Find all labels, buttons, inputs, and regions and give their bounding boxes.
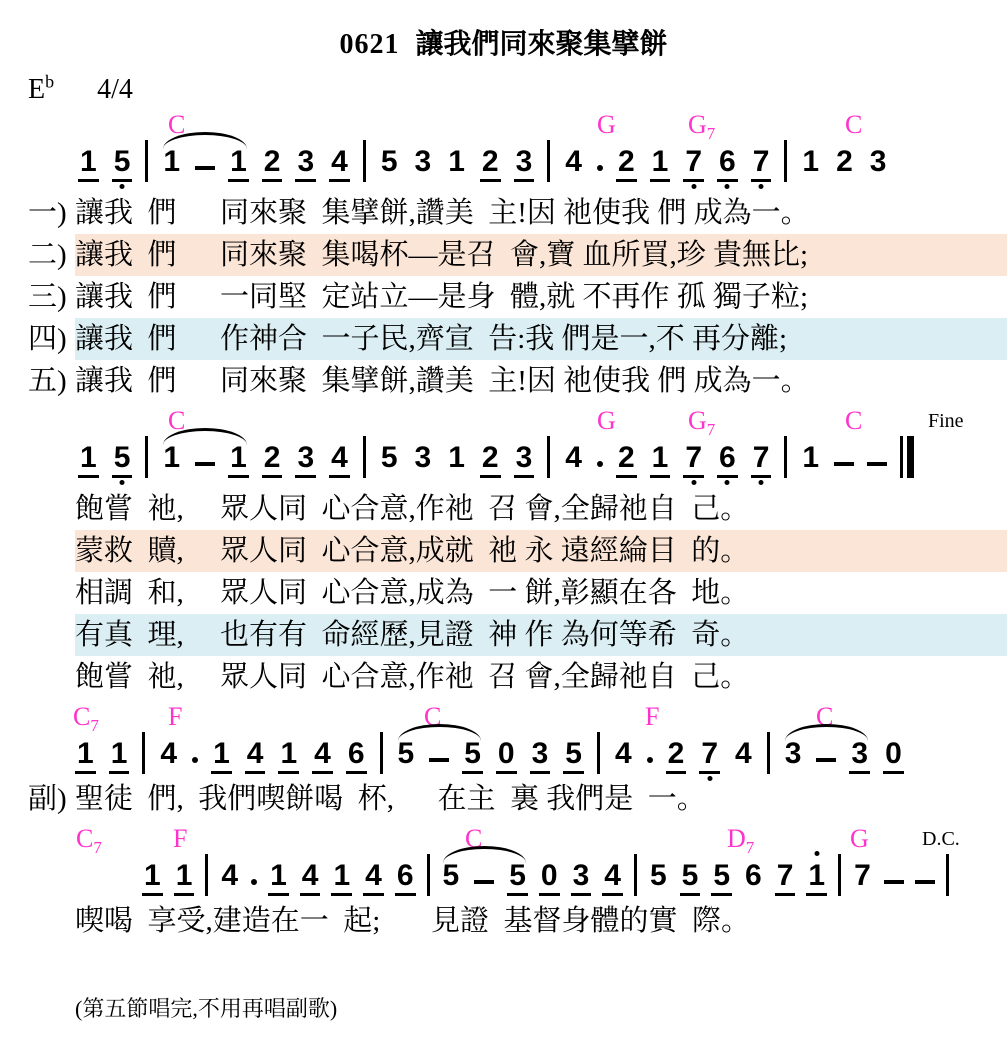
octave-dot — [120, 480, 125, 485]
music-line-1: 151123453123421767123 — [0, 140, 1007, 186]
note: 1 — [650, 147, 671, 182]
tie-group: 55 — [441, 861, 528, 896]
note: 5 — [441, 861, 462, 896]
verse-label: 一) — [28, 192, 75, 234]
barline — [784, 436, 787, 478]
note: 6 — [743, 861, 764, 896]
note: 2 — [666, 739, 687, 774]
chord-label: C — [845, 406, 862, 436]
music-line-3: 11414146550354274330 — [0, 732, 1007, 778]
note: 1 — [800, 443, 821, 478]
chord-row-2: CGG7CFine — [0, 402, 1007, 436]
performance-note: (第五節唱完,不用再唱副歌) — [75, 992, 1007, 1023]
note: 2 — [616, 443, 637, 478]
note: 1 — [75, 739, 96, 774]
key-accidental: b — [45, 72, 54, 92]
barline — [547, 436, 550, 478]
note: 1 — [161, 147, 182, 182]
lyric-text: 蒙救 贖, 眾人同 心合意,成就 祂 永 遠經綸目 的。 — [75, 530, 1007, 572]
rhythm-dot — [597, 165, 603, 171]
note: 0 — [883, 739, 904, 774]
tie-group: 11 — [161, 147, 248, 182]
lyric-label — [28, 656, 75, 698]
barline — [784, 140, 787, 182]
lyric-text: 飽嘗 祂, 眾人同 心合意,作祂 召 會,全歸祂自 己。 — [75, 488, 1007, 530]
lyric-text: 飽嘗 祂, 眾人同 心合意,作祂 召 會,全歸祂自 己。 — [75, 656, 1007, 698]
note: 3 — [571, 861, 592, 896]
note: 3 — [413, 147, 434, 182]
chord-label: C7 — [76, 824, 102, 854]
second-half-line-2: 蒙救 贖, 眾人同 心合意,成就 祂 永 遠經綸目 的。 — [0, 530, 1007, 572]
hymn-sheet-page: 0621讓我們同來聚集擘餅 Eb 4/4 CGG7C 1511234531234… — [0, 0, 1007, 1053]
barline — [597, 732, 600, 774]
octave-dot — [759, 480, 764, 485]
key-letter: E — [28, 74, 45, 105]
verse-line-4: 四) 讓我 們 作神合 一子民,齊宣 告:我 們是一,不 再分離; — [0, 318, 1007, 360]
barline — [547, 140, 550, 182]
chord-label: F — [173, 824, 187, 854]
verse-text: 讓我 們 同來聚 集擘餅,讚美 主!因 祂使我 們 成為一。 — [75, 192, 1007, 234]
final-barline — [900, 436, 914, 478]
note: 7 — [751, 443, 772, 478]
note: 1 — [109, 739, 130, 774]
note: 1 — [806, 861, 827, 896]
tie-group: 55 — [396, 739, 483, 774]
note: 5 — [711, 861, 732, 896]
lyric-label — [28, 488, 75, 530]
note: 2 — [834, 147, 855, 182]
octave-dot — [691, 184, 696, 189]
lyric-text: 有真 理, 也有有 命經歷,見證 神 作 為何等希 奇。 — [75, 614, 1007, 656]
second-half-line-4: 有真 理, 也有有 命經歷,見證 神 作 為何等希 奇。 — [0, 614, 1007, 656]
music-line-2: 1511234531234217671 — [0, 436, 1007, 482]
barline — [427, 854, 430, 896]
note: 1 — [161, 443, 182, 478]
note: 4 — [300, 861, 321, 896]
barline — [145, 140, 148, 182]
chord-label: F — [645, 702, 659, 732]
note: 3 — [295, 443, 316, 478]
verse-label: 三) — [28, 276, 75, 318]
note: 1 — [268, 861, 289, 896]
note: 5 — [112, 443, 133, 478]
chord-label: G7 — [688, 406, 715, 436]
note: 7 — [699, 739, 720, 774]
note: 1 — [228, 147, 249, 182]
note: 5 — [379, 443, 400, 478]
dash-note — [474, 880, 494, 884]
chord-row-1: CGG7C — [0, 106, 1007, 140]
note: 4 — [329, 147, 350, 182]
note: 0 — [496, 739, 517, 774]
chord-row-3: C7FCFC — [0, 698, 1007, 732]
note: 5 — [648, 861, 669, 896]
note: 4 — [245, 739, 266, 774]
note: 6 — [717, 443, 738, 478]
note: 3 — [849, 739, 870, 774]
direction-marking: D.C. — [922, 828, 960, 851]
direction-marking: Fine — [928, 410, 964, 433]
octave-dot — [691, 480, 696, 485]
barline — [634, 854, 637, 896]
verse-line-2: 二) 讓我 們 同來聚 集喝杯—是召 會,寶 血所買,珍 貴無比; — [0, 234, 1007, 276]
note: 4 — [158, 739, 179, 774]
octave-dot — [120, 184, 125, 189]
rhythm-dot — [192, 757, 198, 763]
note: 3 — [868, 147, 889, 182]
note: 1 — [446, 147, 467, 182]
verse-block: 一) 讓我 們 同來聚 集擘餅,讚美 主!因 祂使我 們 成為一。 二) 讓我 … — [0, 192, 1007, 402]
hymn-number: 0621 — [339, 29, 399, 60]
octave-dot — [759, 184, 764, 189]
note: 2 — [480, 147, 501, 182]
key-signature: Eb — [28, 74, 54, 105]
note: 1 — [142, 861, 163, 896]
verse-text: 讓我 們 同來聚 集喝杯—是召 會,寶 血所買,珍 貴無比; — [75, 234, 1007, 276]
second-half-line-5: 飽嘗 祂, 眾人同 心合意,作祂 召 會,全歸祂自 己。 — [0, 656, 1007, 698]
dash-note — [867, 462, 887, 466]
note: 5 — [680, 861, 701, 896]
dash-note — [915, 880, 935, 884]
note: 1 — [211, 739, 232, 774]
music-line-4: 11414146550345556717 — [0, 854, 1007, 900]
note: 7 — [852, 861, 873, 896]
note: 7 — [683, 443, 704, 478]
barline — [142, 732, 145, 774]
note: 2 — [262, 443, 283, 478]
dash-note — [195, 166, 215, 170]
chord-label: C — [845, 110, 862, 140]
note: 3 — [530, 739, 551, 774]
note: 1 — [78, 147, 99, 182]
verse-text: 讓我 們 一同堅 定站立—是身 體,就 不再作 孤 獨子粒; — [75, 276, 1007, 318]
verse-label: 二) — [28, 234, 75, 276]
note: 4 — [219, 861, 240, 896]
refrain-line-2: 喫喝 享受,建造在一 起; 見證 基督身體的實 際。 — [0, 900, 1007, 942]
note: 7 — [775, 861, 796, 896]
note: 4 — [329, 443, 350, 478]
note: 5 — [112, 147, 133, 182]
note: 4 — [563, 443, 584, 478]
note: 4 — [602, 861, 623, 896]
note: 1 — [446, 443, 467, 478]
tie-group: 33 — [783, 739, 870, 774]
page-title: 0621讓我們同來聚集擘餅 — [0, 22, 1007, 62]
note: 5 — [563, 739, 584, 774]
chord-label: F — [168, 702, 182, 732]
note: 3 — [413, 443, 434, 478]
note: 2 — [480, 443, 501, 478]
second-half-line-3: 相調 和, 眾人同 心合意,成為 一 餅,彰顯在各 地。 — [0, 572, 1007, 614]
note: 7 — [751, 147, 772, 182]
octave-dot — [707, 776, 712, 781]
note: 1 — [228, 443, 249, 478]
note: 2 — [262, 147, 283, 182]
note: 3 — [514, 147, 535, 182]
note: 1 — [331, 861, 352, 896]
dash-note — [195, 462, 215, 466]
rhythm-dot — [647, 757, 653, 763]
octave-dot — [725, 480, 730, 485]
time-signature: 4/4 — [97, 74, 133, 105]
rhythm-dot — [597, 461, 603, 467]
note: 1 — [650, 443, 671, 478]
refrain-text: 聖徒 們, 我們喫餅喝 杯, 在主 裏 我們是 一。 — [75, 778, 1007, 820]
note: 4 — [733, 739, 754, 774]
barline — [363, 436, 366, 478]
hymn-title: 讓我們同來聚集擘餅 — [415, 29, 667, 60]
octave-dot — [814, 851, 819, 856]
lyric-text: 喫喝 享受,建造在一 起; 見證 基督身體的實 際。 — [75, 900, 1007, 942]
note: 4 — [613, 739, 634, 774]
lyric-label — [28, 900, 75, 942]
barline — [767, 732, 770, 774]
refrain-label: 副) — [28, 778, 75, 820]
tie-group: 11 — [161, 443, 248, 478]
key-row: Eb 4/4 — [28, 72, 1007, 106]
note: 0 — [539, 861, 560, 896]
note: 5 — [396, 739, 417, 774]
barline — [838, 854, 841, 896]
lyric-label — [28, 572, 75, 614]
second-half-block: 飽嘗 祂, 眾人同 心合意,作祂 召 會,全歸祂自 己。 蒙救 贖, 眾人同 心… — [0, 488, 1007, 698]
dash-note — [816, 758, 836, 762]
barline — [380, 732, 383, 774]
verse-label: 五) — [28, 360, 75, 402]
chord-label: G — [597, 110, 616, 140]
chord-label: G — [597, 406, 616, 436]
verse-label: 四) — [28, 318, 75, 360]
note: 4 — [563, 147, 584, 182]
note: 3 — [783, 739, 804, 774]
note: 2 — [616, 147, 637, 182]
verse-text: 讓我 們 作神合 一子民,齊宣 告:我 們是一,不 再分離; — [75, 318, 1007, 360]
dash-note — [834, 462, 854, 466]
chord-label: C7 — [73, 702, 99, 732]
barline — [205, 854, 208, 896]
rhythm-dot — [251, 879, 257, 885]
barline — [363, 140, 366, 182]
second-half-line-1: 飽嘗 祂, 眾人同 心合意,作祂 召 會,全歸祂自 己。 — [0, 488, 1007, 530]
note: 7 — [683, 147, 704, 182]
note: 5 — [462, 739, 483, 774]
verse-text: 讓我 們 同來聚 集擘餅,讚美 主!因 祂使我 們 成為一。 — [75, 360, 1007, 402]
refrain-line-1: 副) 聖徒 們, 我們喫餅喝 杯, 在主 裏 我們是 一。 — [0, 778, 1007, 820]
note: 3 — [514, 443, 535, 478]
verse-line-5: 五) 讓我 們 同來聚 集擘餅,讚美 主!因 祂使我 們 成為一。 — [0, 360, 1007, 402]
note: 1 — [800, 147, 821, 182]
octave-dot — [725, 184, 730, 189]
chord-label: D7 — [727, 824, 754, 854]
chord-label: G7 — [688, 110, 715, 140]
verse-line-3: 三) 讓我 們 一同堅 定站立—是身 體,就 不再作 孤 獨子粒; — [0, 276, 1007, 318]
note: 3 — [295, 147, 316, 182]
note: 6 — [346, 739, 367, 774]
dash-note — [429, 758, 449, 762]
note: 1 — [78, 443, 99, 478]
note: 1 — [278, 739, 299, 774]
barline — [145, 436, 148, 478]
dash-note — [884, 880, 904, 884]
note: 5 — [507, 861, 528, 896]
note: 6 — [395, 861, 416, 896]
lyric-label — [28, 530, 75, 572]
note: 4 — [363, 861, 384, 896]
lyric-label — [28, 614, 75, 656]
note: 4 — [312, 739, 333, 774]
lyric-text: 相調 和, 眾人同 心合意,成為 一 餅,彰顯在各 地。 — [75, 572, 1007, 614]
barline — [946, 854, 949, 896]
verse-line-1: 一) 讓我 們 同來聚 集擘餅,讚美 主!因 祂使我 們 成為一。 — [0, 192, 1007, 234]
chord-label: G — [850, 824, 869, 854]
note: 5 — [379, 147, 400, 182]
note: 6 — [717, 147, 738, 182]
note: 1 — [174, 861, 195, 896]
